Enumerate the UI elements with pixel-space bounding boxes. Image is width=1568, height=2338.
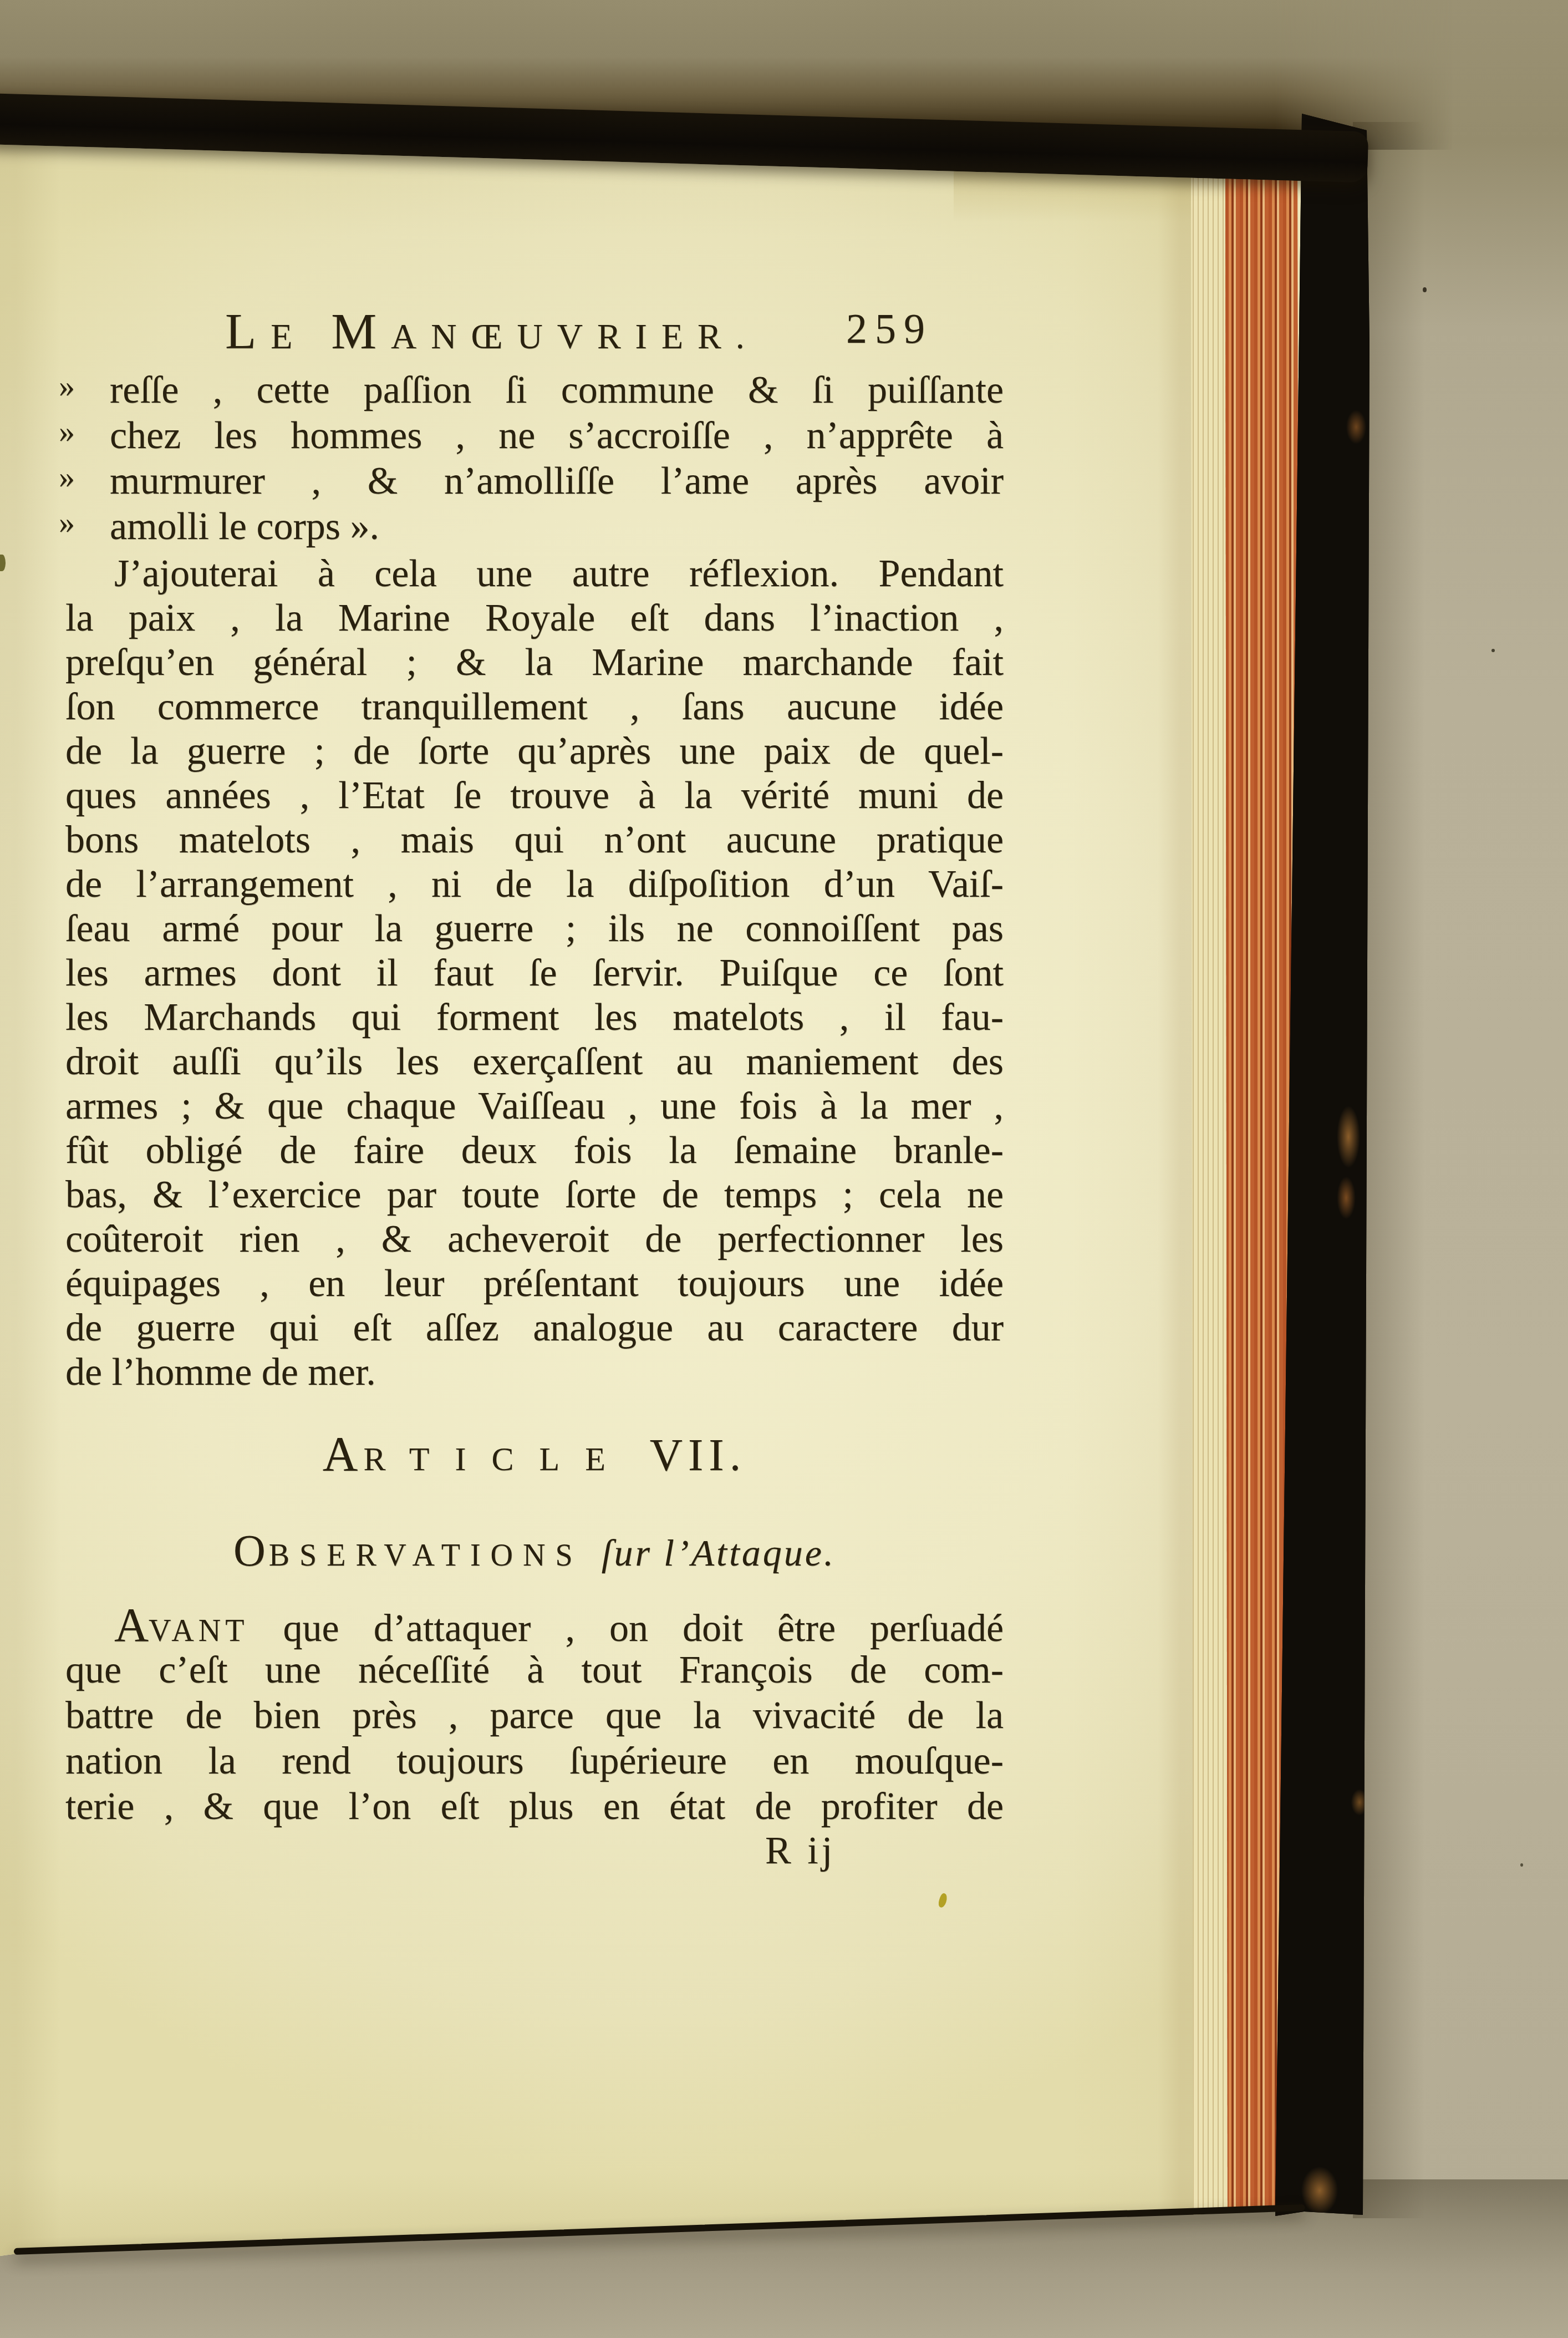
quote-line: »amolli le corps ». [65,505,1004,550]
body-line: bas, & l’exercice par toute ſorte de tem… [65,1173,1004,1218]
quote-marker: » [59,364,75,408]
body-line: J’ajouterai à cela une autre réflexion. … [65,552,1004,597]
signature-mark: R ij [765,1829,836,1873]
dust-speck [1491,649,1495,652]
body-line: battre de bien près , parce que la vivac… [65,1694,1004,1739]
body-line: que c’eſt une néceſſité à tout François … [65,1648,1004,1694]
quote-line: »chez les hommes , ne s’accroiſſe , n’ap… [65,414,1004,459]
section-subtitle: OBSERVATIONSſur l’Attaque. [65,1526,1004,1582]
body-line: de l’homme de mer. [65,1350,1004,1396]
body-line: ſeau armé pour la guerre ; ils ne connoi… [65,907,1004,952]
page-number: 259 [846,305,933,353]
body-line: coûteroit rien , & acheveroit de perfect… [65,1217,1004,1263]
quote-line: »murmurer , & n’amolliſſe l’ame après av… [65,459,1004,505]
body-line: nation la rend toujours ſupérieure en mo… [65,1739,1004,1785]
quote-marker: » [59,455,75,499]
body-line: terie , & que l’on eſt plus en état de p… [65,1785,1004,1830]
body-line: de l’arrangement , ni de la diſpoſition … [65,862,1004,908]
dust-speck [1520,1863,1523,1867]
quote-marker: » [59,409,75,454]
body-line: les armes dont il faut ſe ſervir. Puiſqu… [65,951,1004,997]
running-head: LEMANŒUVRIER. 259 [65,301,1004,373]
article-heading: ARTICLEVII. [65,1426,1004,1487]
body-line: AVANT que d’attaquer , on doit être perſ… [65,1603,1004,1648]
quote-line: »reſſe , cette paſſion ſi commune & ſi p… [65,368,1004,414]
body-line: équipages , en leur préſentant toujours … [65,1262,1004,1307]
body-line: de la guerre ; de ſorte qu’après une pai… [65,729,1004,775]
body-line: de guerre qui eſt aſſez analogue au cara… [65,1306,1004,1351]
scanned-book-photo: { "page": { "header": { "title_words": [… [0,0,1568,2338]
body-line: armes ; & que chaque Vaiſſeau , une fois… [65,1084,1004,1130]
body-line: ſon commerce tranquillement , ſans aucun… [65,685,1004,730]
body-line: la paix , la Marine Royale eſt dans l’in… [65,596,1004,642]
dust-speck [1423,287,1427,292]
body-line: les Marchands qui forment les matelots ,… [65,995,1004,1041]
body-line-text: que d’attaquer , on doit être perſuadé [248,1607,1004,1650]
quote-marker: » [59,500,75,545]
body-line: droit auſſi qu’ils les exerçaſſent au ma… [65,1040,1004,1085]
body-line: ques années , l’Etat ſe trouve à la véri… [65,774,1004,819]
printed-page: LEMANŒUVRIER. 259 »reſſe , cette paſſion… [65,0,1004,2338]
page-title: LEMANŒUVRIER. [225,301,783,367]
body-line: bons matelots , mais qui n’ont aucune pr… [65,818,1004,863]
body-line: fût obligé de faire deux fois la ſemaine… [65,1129,1004,1174]
body-line: preſqu’en général ; & la Marine marchand… [65,641,1004,686]
